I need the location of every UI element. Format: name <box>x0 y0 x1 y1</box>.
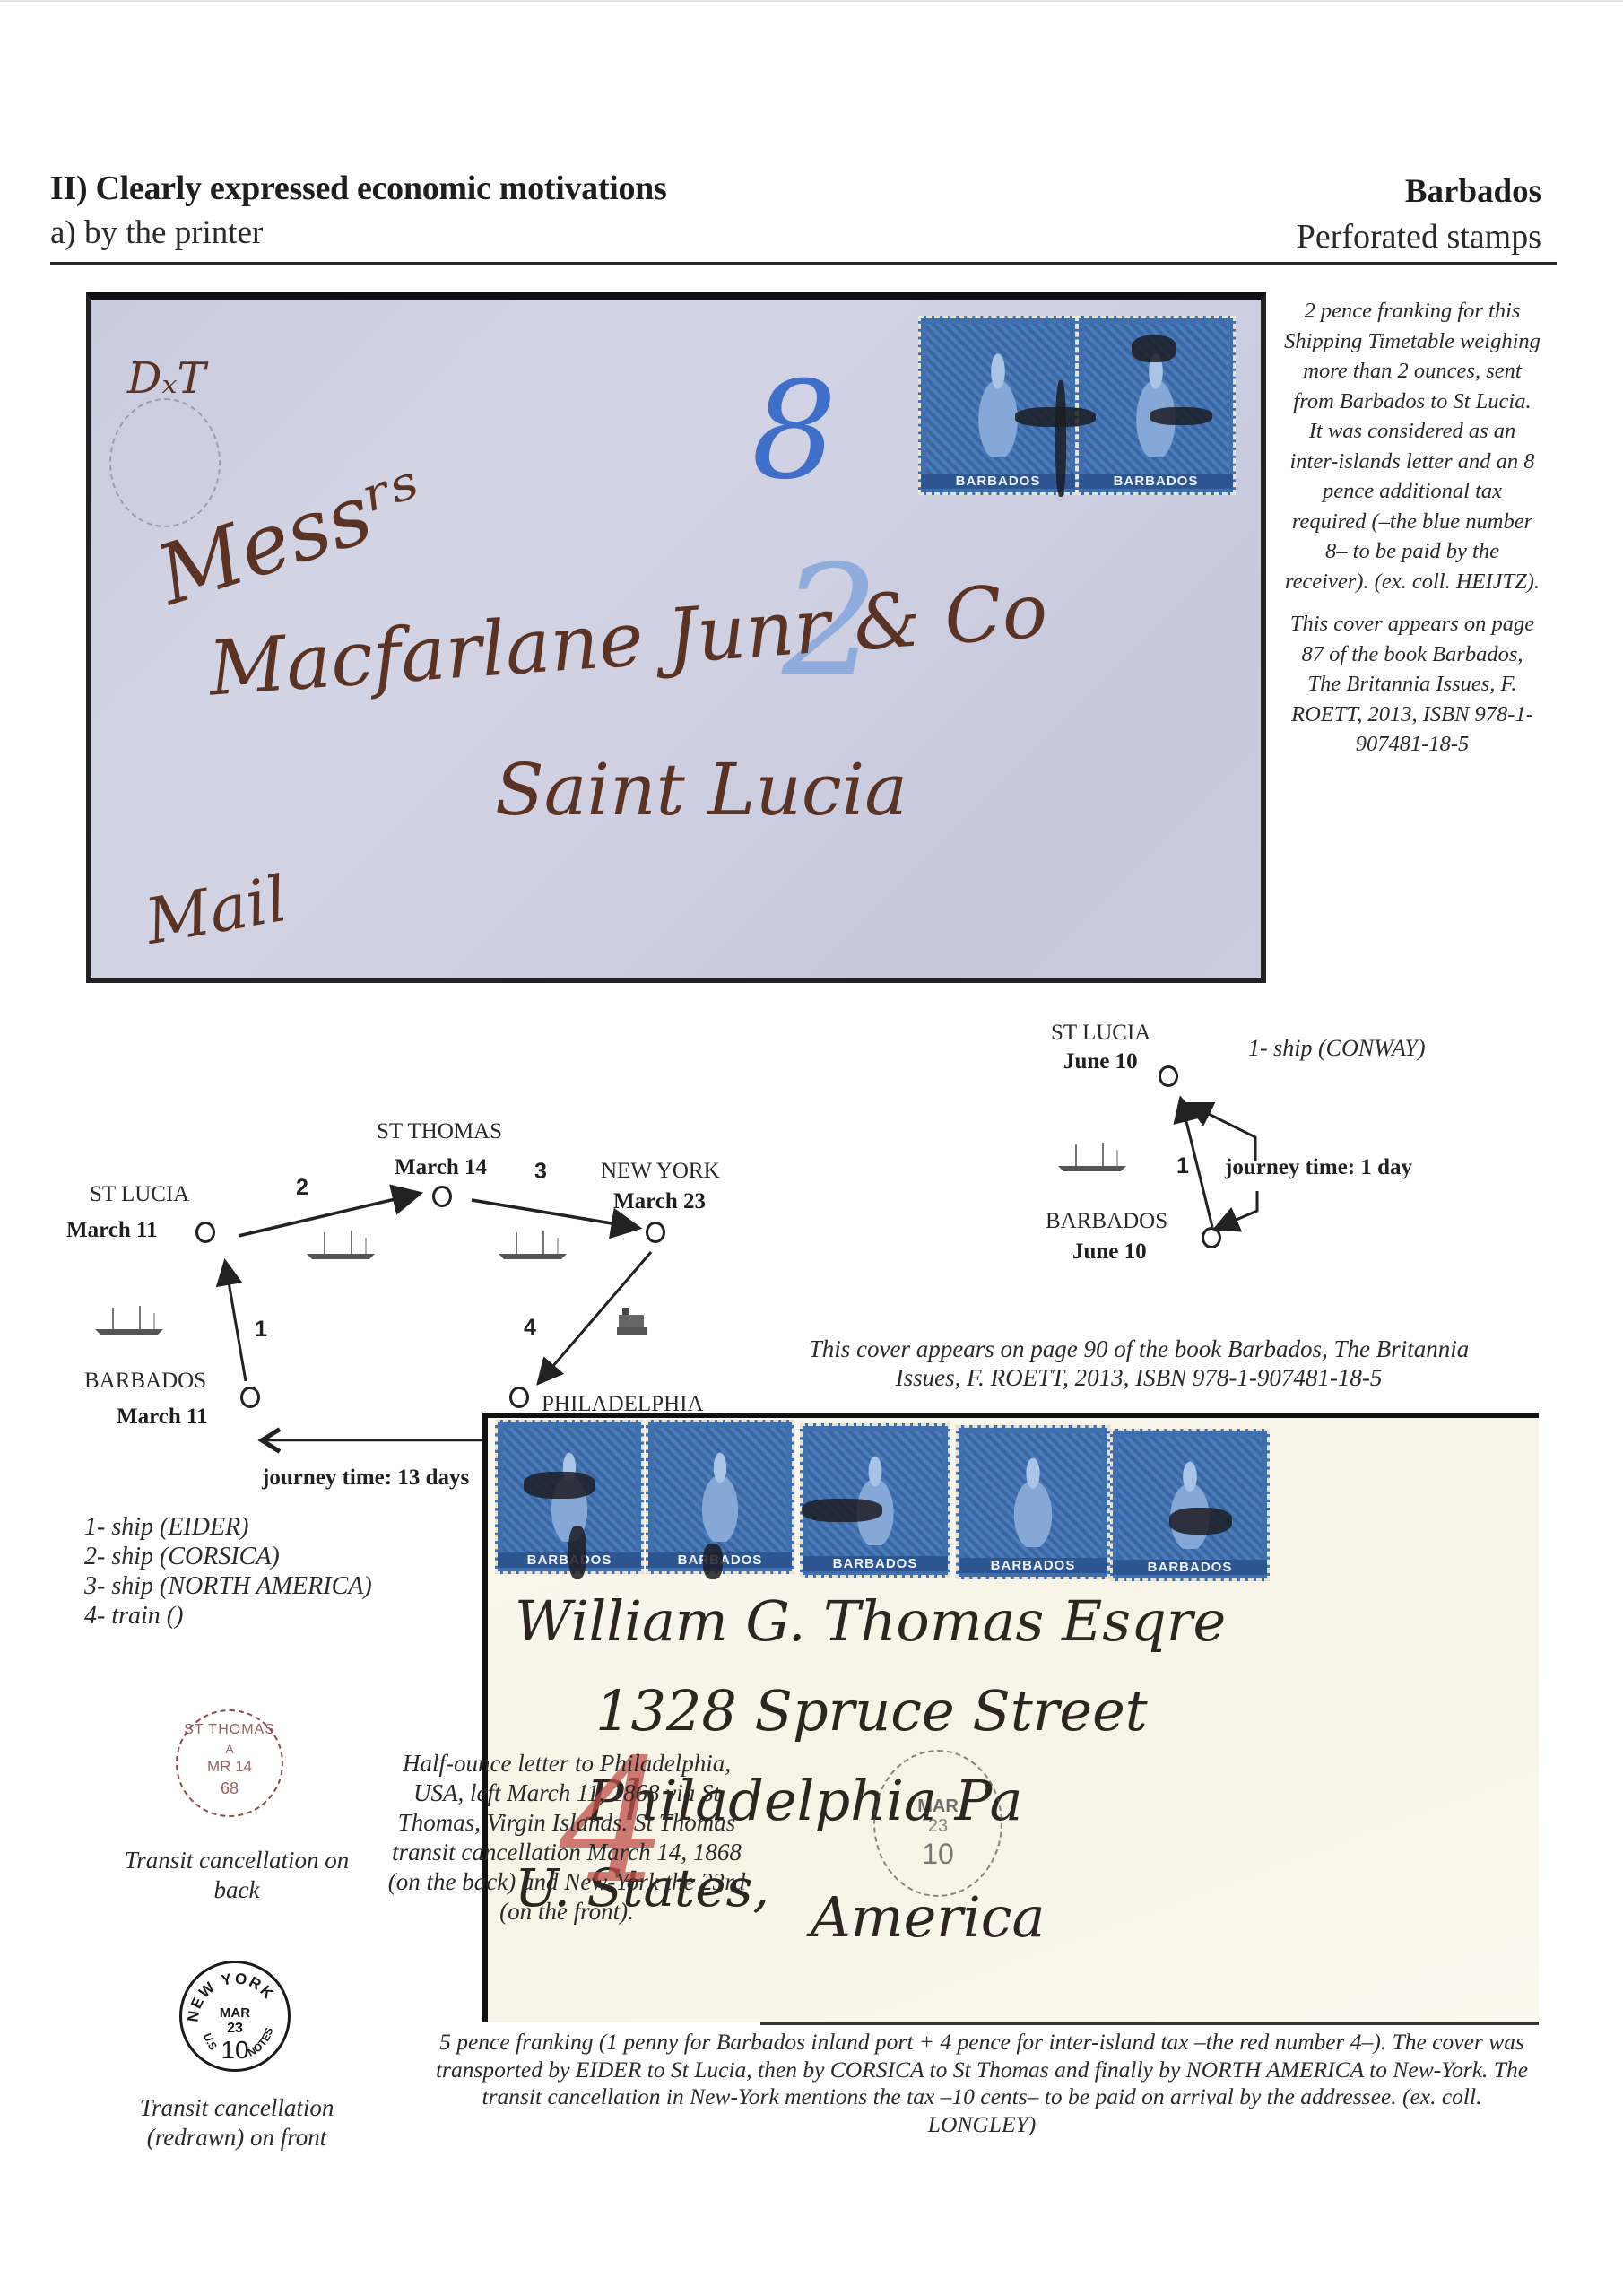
manuscript-addressee: Macfarlane Junr & Co <box>206 566 1051 712</box>
manuscript-addressee: William G. Thomas Esqre <box>515 1588 1226 1654</box>
cover2-description: Half-ounce letter to Philadelphia, USA, … <box>380 1749 753 1926</box>
ship-conway-legend: 1- ship (CONWAY) <box>1248 1035 1426 1062</box>
country-title: Barbados <box>1405 172 1541 211</box>
stamp-barbados: BARBADOS <box>918 316 1078 495</box>
transport-legend: 1- ship (EIDER) 2- ship (CORSICA) 3- shi… <box>84 1512 372 1631</box>
ship-icon <box>495 1229 570 1261</box>
cover2-franking-description: 5 pence franking (1 penny for Barbados i… <box>430 2029 1533 2138</box>
header-rule <box>50 262 1557 265</box>
svg-text:NOTES: NOTES <box>246 2026 275 2059</box>
transit-caption-back: Transit cancellation on back <box>120 1846 353 1905</box>
section-subtitle: a) by the printer <box>50 213 263 252</box>
manuscript-mail: Mail <box>140 862 292 959</box>
svg-text:10: 10 <box>221 2036 248 2064</box>
st-thomas-postmark-icon: ST THOMAS A MR 14 68 <box>176 1709 283 1817</box>
section-title: II) Clearly expressed economic motivatio… <box>50 169 667 208</box>
cover-image-philadelphia: BARBADOS BARBADOS BARBADOS BARBADOS BARB… <box>482 1413 1539 2022</box>
legend-item: 4- train () <box>84 1601 372 1631</box>
cover2-book-reference: This cover appears on page 90 of the boo… <box>789 1335 1488 1392</box>
cover1-note-text: 2 pence franking for this Shipping Timet… <box>1284 296 1541 596</box>
stamp-type-subtitle: Perforated stamps <box>1297 217 1541 257</box>
cancellation-mark <box>524 1472 595 1499</box>
stamp-barbados: BARBADOS <box>956 1425 1110 1579</box>
legend-item: 2- ship (CORSICA) <box>84 1542 372 1571</box>
svg-text:23: 23 <box>227 2021 243 2036</box>
journey-time-13-days: journey time: 13 days <box>262 1465 469 1491</box>
manuscript-destination: Saint Lucia <box>495 748 907 831</box>
cancellation-mark <box>568 1526 586 1579</box>
new-york-postmark-icon: NEW YORK U.S NOTES MAR 23 10 <box>179 1961 291 2072</box>
ny-postmark-on-cover: MAR 23 10 <box>873 1750 1002 1897</box>
legend-item: 3- ship (NORTH AMERICA) <box>84 1571 372 1601</box>
ship-icon <box>303 1229 378 1261</box>
node-label-st-lucia: ST LUCIA <box>1051 1021 1150 1046</box>
cancellation-mark <box>1169 1508 1232 1535</box>
ship-icon <box>1055 1141 1130 1173</box>
svg-text:MAR: MAR <box>220 2005 250 2021</box>
node-date-st-lucia: June 10 <box>1063 1049 1138 1074</box>
cancellation-mark <box>802 1499 882 1522</box>
train-icon <box>617 1306 647 1336</box>
manuscript-street: 1328 Spruce Street <box>595 1678 1148 1744</box>
route-diagram-arrows <box>0 1076 735 1471</box>
cover2-bottom-rule <box>760 2022 1539 2025</box>
blue-tax-8: 8 <box>751 353 837 509</box>
legend-item: 1- ship (EIDER) <box>84 1512 372 1542</box>
transit-caption-front: Transit cancellation (redrawn) on front <box>120 2093 353 2152</box>
cover2-left-border <box>482 1471 487 1749</box>
cover-image-st-lucia: DₓT 8 2 Messʳˢ Macfarlane Junr & Co Sain… <box>86 292 1266 983</box>
cancellation-mark <box>1055 380 1066 497</box>
ship-icon <box>91 1304 167 1336</box>
cancellation-mark <box>703 1544 723 1579</box>
svg-text:U.S: U.S <box>201 2031 220 2052</box>
cancellation-mark <box>1132 335 1176 362</box>
manuscript-dt-marking: DₓT <box>127 353 206 404</box>
faded-datestamp-icon <box>109 398 221 527</box>
page-top-edge <box>0 0 1623 2</box>
cover1-book-reference: This cover appears on page 87 of the boo… <box>1284 609 1541 760</box>
stamp-barbados: BARBADOS <box>1110 1429 1270 1581</box>
cover1-description: 2 pence franking for this Shipping Timet… <box>1284 296 1541 760</box>
cancellation-mark <box>1150 407 1212 425</box>
